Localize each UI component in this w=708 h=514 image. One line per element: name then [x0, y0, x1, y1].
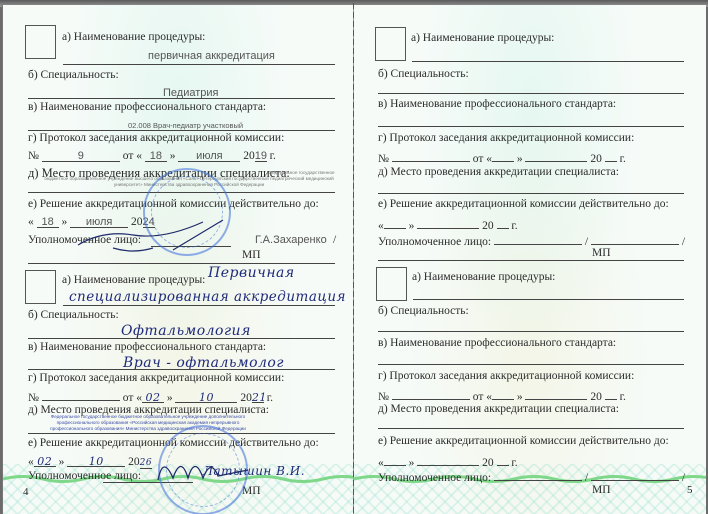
rule: [413, 299, 684, 300]
protocol-number-blank[interactable]: [392, 150, 470, 162]
entry-2-checkbox[interactable]: [25, 270, 56, 304]
valid-month-blank[interactable]: [417, 217, 479, 229]
valid-day: 02: [34, 455, 56, 467]
valid-year-blank[interactable]: [497, 454, 509, 466]
valid-day: 18: [37, 216, 59, 228]
entry-1-protocol-label: г) Протокол заседания аккредитационной к…: [28, 132, 284, 145]
right-entry-2-authorized-row: Уполномоченное лицо: / /: [378, 469, 685, 485]
rule: [28, 263, 335, 264]
entry-1-procedure-value: первичная аккредитация: [148, 50, 275, 62]
entry-2-procedure-value-line1: Первичная: [208, 265, 295, 281]
rule: [378, 364, 684, 365]
rule: [378, 93, 684, 94]
right-entry-1-procedure-label: а) Наименование процедуры:: [411, 32, 554, 45]
right-entry-1-specialty-label: б) Специальность:: [378, 68, 469, 81]
year-suffix: г.: [511, 457, 517, 469]
year-prefix: 20: [240, 392, 252, 404]
year-suffix: г.: [267, 392, 273, 404]
rule: [63, 305, 335, 306]
signature-blank[interactable]: [494, 469, 582, 481]
entry-2-procedure-label: а) Наименование процедуры:: [62, 274, 205, 287]
entry-1-protocol-row: № 9 от « 18 » июля 2019 г.: [28, 150, 276, 163]
page-number: 4: [23, 486, 29, 498]
slash: /: [333, 234, 336, 247]
right-entry-2-place-label: д) Место проведения аккредитации специал…: [378, 403, 619, 416]
entry-1-standard-value: 02.008 Врач-педиатр участковый: [128, 121, 243, 130]
right-entry-2-seal-place: МП: [592, 484, 611, 497]
from-label: от «: [123, 150, 142, 162]
right-entry-2-procedure-label: а) Наименование процедуры:: [412, 271, 555, 284]
quote-close: »: [517, 153, 523, 165]
year-suffix: г.: [270, 150, 276, 162]
year-suffix: г.: [620, 391, 626, 403]
slash: /: [585, 236, 588, 248]
protocol-number: [42, 389, 120, 401]
year-prefix: 20: [590, 153, 602, 165]
number-sign: №: [28, 150, 39, 162]
protocol-number-blank[interactable]: [392, 388, 470, 400]
protocol-day-blank[interactable]: [492, 150, 514, 162]
right-entry-1-checkbox[interactable]: [375, 27, 406, 61]
right-entry-1-valid-label: е) Решение аккредитационной комиссии дей…: [378, 198, 669, 211]
entry-2-specialty-value: Офтальмология: [121, 323, 251, 339]
protocol-year: 21: [252, 391, 264, 403]
authorized-label: Уполномоченное лицо:: [378, 236, 491, 248]
valid-day-blank[interactable]: [384, 454, 406, 466]
rule: [28, 98, 335, 99]
from-label: от «: [473, 391, 492, 403]
right-entry-2-protocol-label: г) Протокол заседания аккредитационной к…: [378, 370, 634, 383]
entry-2-standard-label: в) Наименование профессионального станда…: [28, 341, 266, 354]
right-entry-1-place-label: д) Место проведения аккредитации специал…: [378, 166, 619, 179]
entry-1-authorized-name: Г.А.Захаренко: [255, 234, 327, 246]
valid-month: 10: [67, 455, 125, 467]
number-sign: №: [378, 391, 389, 403]
slash: /: [682, 472, 685, 484]
right-entry-2-specialty-label: б) Специальность:: [378, 305, 469, 318]
rule: [378, 428, 684, 429]
protocol-year-blank[interactable]: [605, 150, 617, 162]
protocol-month: июля: [178, 150, 240, 162]
rule: [28, 130, 335, 131]
entry-2-signature-icon: [153, 450, 263, 490]
right-entry-1-authorized-row: Уполномоченное лицо: / /: [378, 233, 685, 249]
right-entry-1-standard-label: в) Наименование профессионального станда…: [378, 98, 616, 111]
right-entry-2-valid-label: е) Решение аккредитационной комиссии дей…: [378, 435, 669, 448]
year-suffix: г.: [620, 153, 626, 165]
entry-1-procedure-label: а) Наименование процедуры:: [62, 31, 205, 44]
protocol-month-blank[interactable]: [525, 150, 587, 162]
right-entry-2-standard-label: в) Наименование профессионального станда…: [378, 337, 616, 350]
entry-2-procedure-value-line2: специализированная аккредитация: [69, 289, 346, 305]
right-entry-2-valid-row: « » 20 г.: [378, 454, 518, 470]
quote-close: »: [167, 392, 173, 404]
protocol-month: 10: [175, 391, 237, 403]
valid-month-blank[interactable]: [417, 454, 479, 466]
quote-close: »: [517, 391, 523, 403]
entry-2-valid-row: «02 » 10 2026: [28, 455, 152, 469]
slash: /: [682, 236, 685, 248]
protocol-year: 19: [255, 150, 267, 162]
entry-2-specialty-label: б) Специальность:: [28, 309, 119, 322]
right-entry-1-valid-row: « » 20 г.: [378, 217, 518, 233]
year-prefix: 20: [243, 150, 255, 162]
valid-year-blank[interactable]: [497, 217, 509, 229]
rule: [412, 61, 684, 62]
rule: [28, 338, 335, 339]
quote-close: »: [170, 150, 176, 162]
protocol-month-blank[interactable]: [525, 388, 587, 400]
quote-close: »: [409, 457, 415, 469]
from-label: от «: [123, 392, 142, 404]
authorized-label: Уполномоченное лицо:: [378, 472, 491, 484]
year-prefix: 20: [590, 391, 602, 403]
right-entry-1-seal-place: МП: [592, 247, 611, 260]
rule: [378, 193, 684, 194]
valid-day-blank[interactable]: [384, 217, 406, 229]
right-entry-2-protocol-row: № от « » 20 г.: [378, 388, 626, 404]
quote-close: »: [62, 216, 68, 228]
right-entry-1-protocol-label: г) Протокол заседания аккредитационной к…: [378, 132, 634, 145]
number-sign: №: [378, 153, 389, 165]
rule: [378, 331, 684, 332]
valid-year: 26: [140, 457, 152, 469]
quote-close: »: [59, 456, 65, 468]
right-entry-2-checkbox[interactable]: [376, 267, 407, 301]
number-sign: №: [28, 392, 39, 404]
entry-1-standard-label: в) Наименование профессионального станда…: [28, 101, 266, 114]
slash: /: [585, 472, 588, 484]
protocol-day-blank[interactable]: [492, 388, 514, 400]
protocol-number: 9: [42, 150, 120, 162]
protocol-day: 18: [145, 150, 167, 162]
rule: [28, 369, 335, 370]
from-label: от «: [473, 153, 492, 165]
page-right: а) Наименование процедуры: б) Специально…: [354, 5, 706, 514]
signature-blank[interactable]: [494, 233, 582, 245]
entry-2-protocol-row: № от «02 » 10 2021 г.: [28, 389, 273, 405]
year-suffix: г.: [511, 220, 517, 232]
entry-1-signature-icon: [73, 210, 253, 255]
year-prefix: 20: [482, 457, 494, 469]
name-blank[interactable]: [591, 469, 679, 481]
quote-close: »: [409, 220, 415, 232]
year-prefix: 20: [128, 456, 140, 468]
rule: [378, 260, 684, 261]
rule: [378, 126, 684, 127]
protocol-day: 02: [142, 391, 164, 403]
entry-1-specialty-label: б) Специальность:: [28, 69, 119, 82]
page-left: а) Наименование процедуры: первичная акк…: [2, 5, 353, 514]
name-blank[interactable]: [591, 233, 679, 245]
rule: [63, 64, 335, 65]
page-number: 5: [687, 484, 693, 496]
quote-open: «: [28, 216, 34, 228]
year-prefix: 20: [482, 220, 494, 232]
entry-2-protocol-label: г) Протокол заседания аккредитационной к…: [28, 372, 284, 385]
protocol-year-blank[interactable]: [605, 388, 617, 400]
right-entry-1-protocol-row: № от « » 20 г.: [378, 150, 626, 166]
entry-1-checkbox[interactable]: [25, 25, 56, 59]
